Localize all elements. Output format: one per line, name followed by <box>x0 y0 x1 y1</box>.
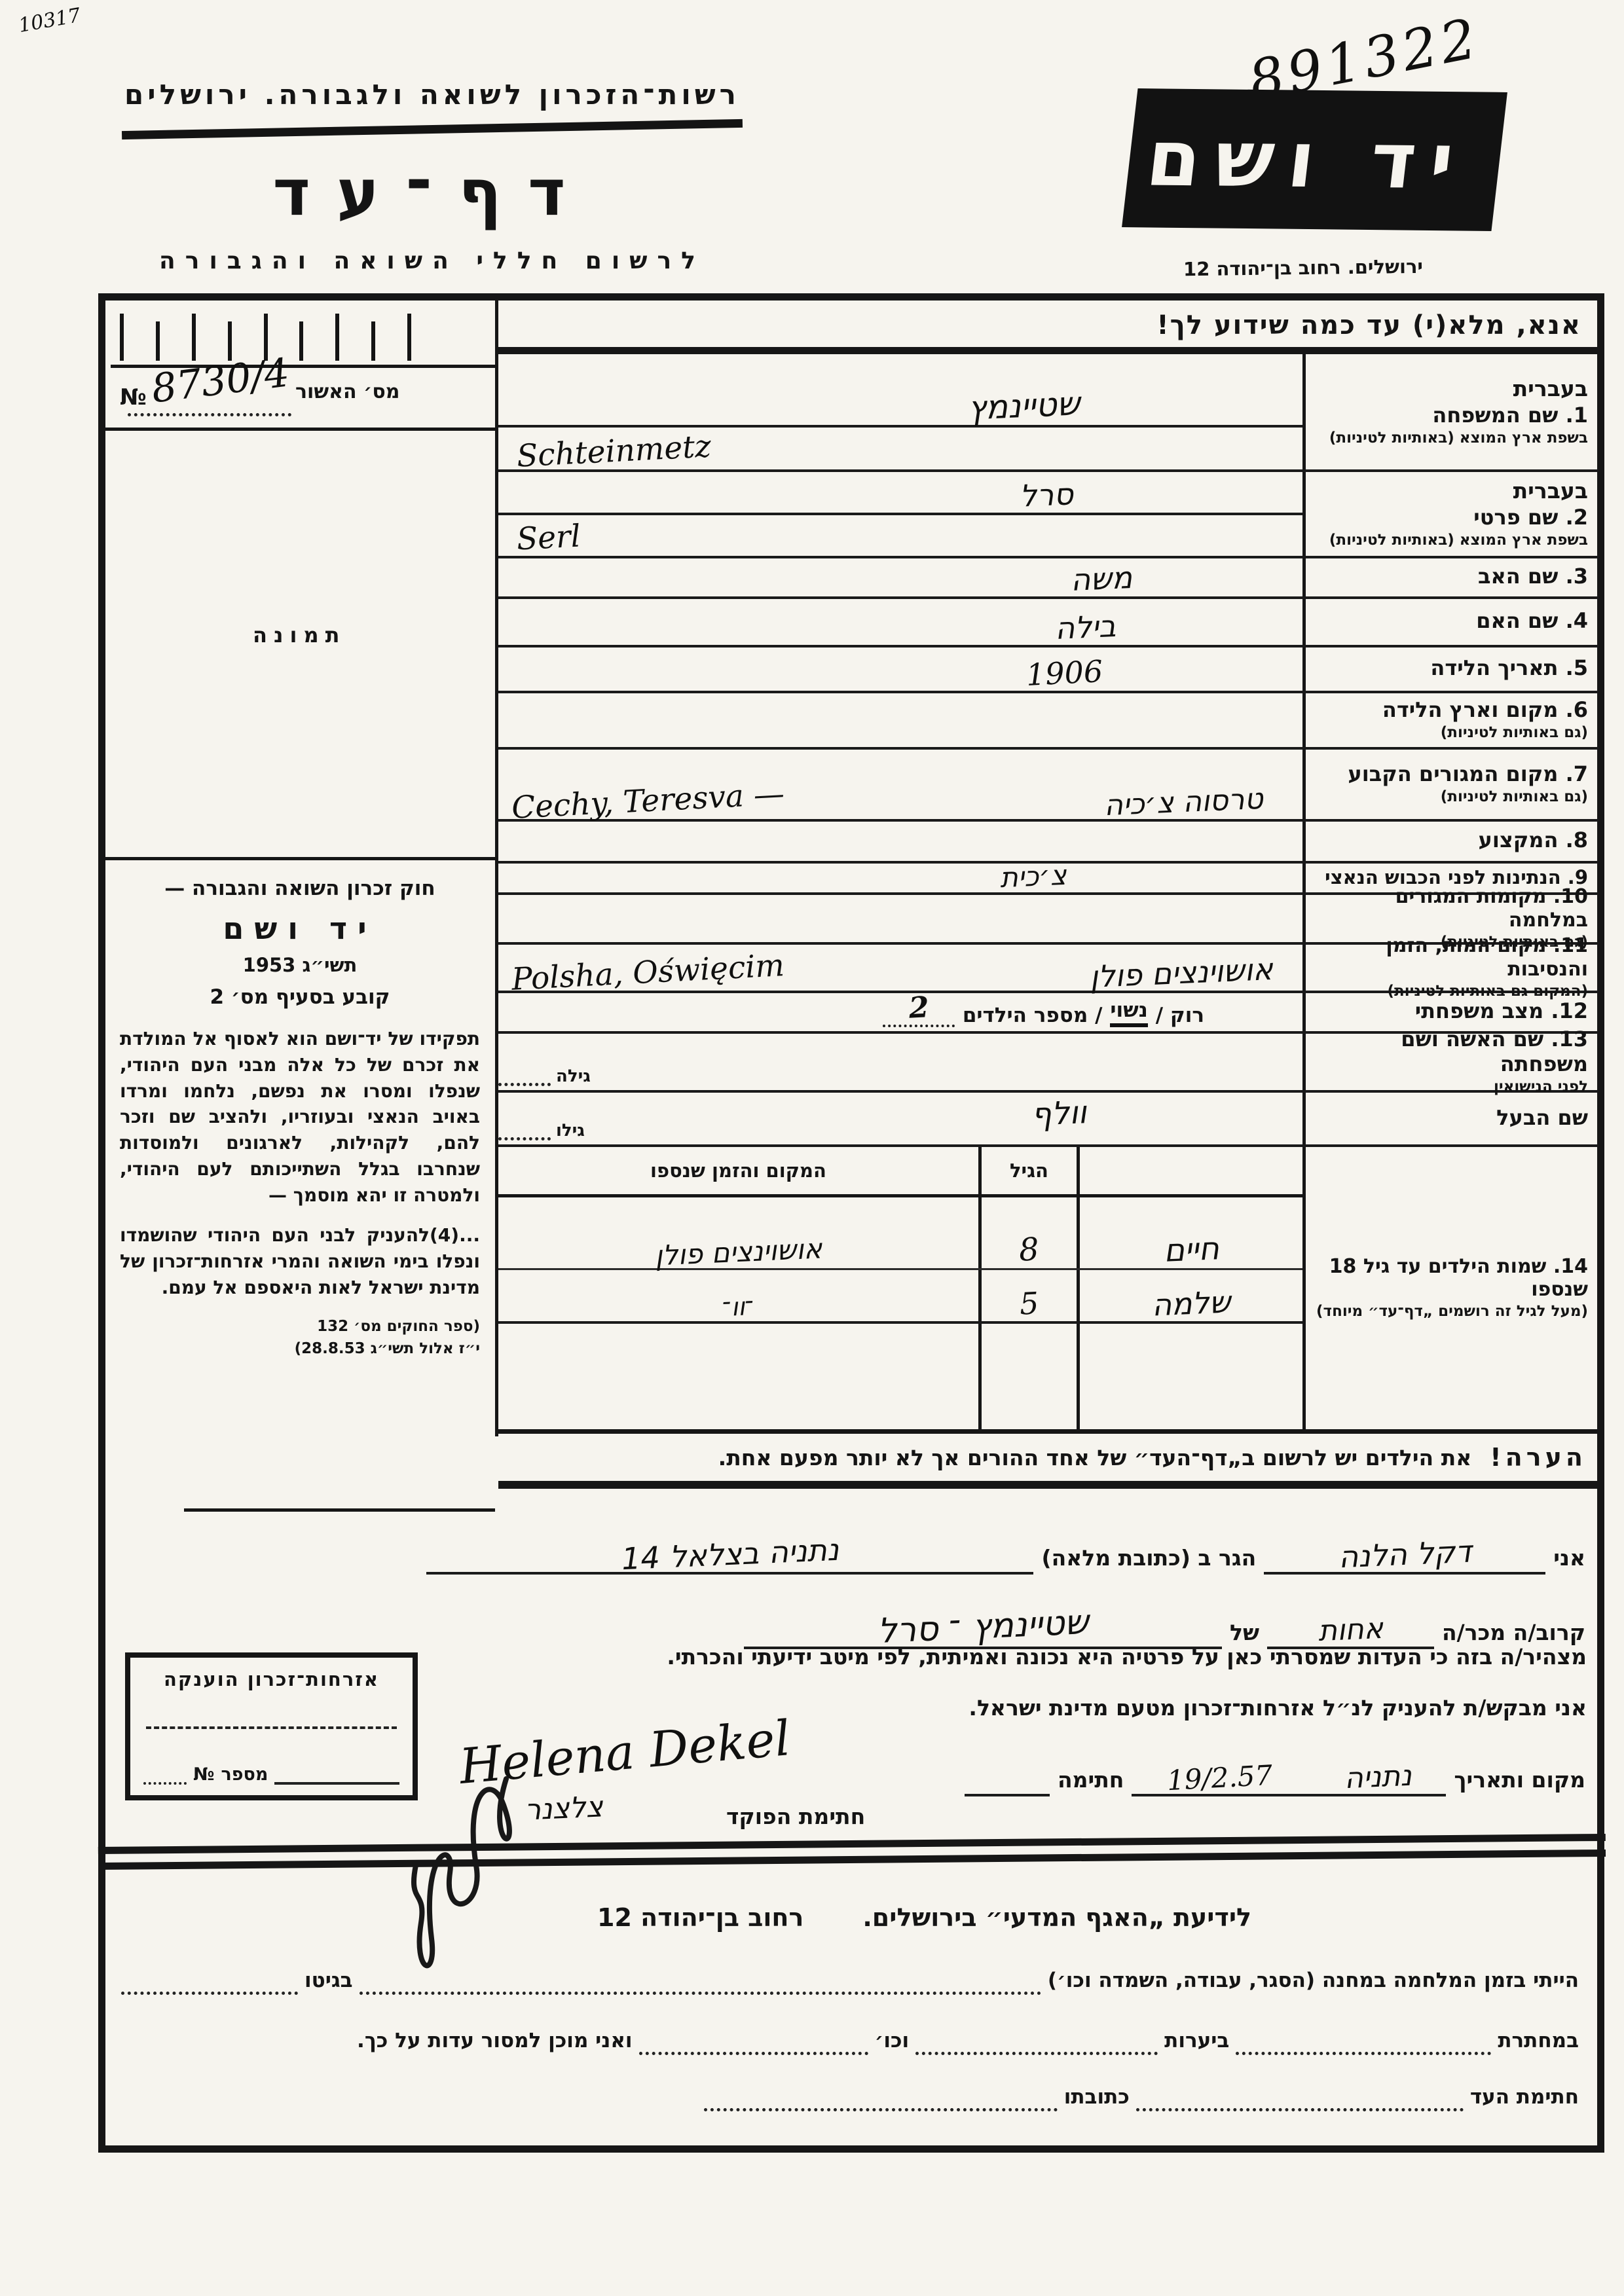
her-age-line: גילה <box>498 1066 1302 1086</box>
request-sentence: אני מבקש/ת להעניק לנ״ל אזרחות־זכרון מטעם… <box>420 1695 1593 1721</box>
label-sub: (גם באותיות לטיניות) <box>1310 724 1588 741</box>
note-text: את הילדים יש לרשום ב„דף־העד״ של אחד ההור… <box>718 1445 1472 1470</box>
field-wife-name: 13. שם האשה ושם משפחתה לפני הנישואין גיל… <box>498 1034 1598 1093</box>
certificate-dotted-line <box>128 413 291 416</box>
law-title: חוק זכרון השואה והגבורה — <box>120 877 480 900</box>
witness-signature-label: חתימת העד <box>1464 2085 1585 2111</box>
field-profession: 8. המקצוע <box>498 822 1598 864</box>
children-table-header: הגיל המקום והזמן שנספו <box>498 1147 1302 1197</box>
label-sub: בשפת ארץ המוצא (באותיות לטיניות) <box>1310 532 1588 549</box>
label-sub: (מעל לגיל זה רושמים „דף־עד״ מיוחד) <box>1310 1303 1588 1320</box>
yad-vashem-logo-text: יד ושם <box>1142 113 1487 206</box>
field-permanent-residence: 7. מקום המגורים הקבוע (גם באותיות לטיניו… <box>498 750 1598 822</box>
daf-ed-testimony-page-scan: 10317 891322 רשות־הזכרון לשואה ולגבורה. … <box>0 0 1624 2296</box>
label-main: 14. שמות הילדים עד גיל 18 שנספו <box>1310 1255 1588 1302</box>
clerk-signature-flourish <box>401 1767 552 1990</box>
citizenship-handwritten: צ׳כית <box>999 859 1067 894</box>
family-name-hebrew-handwritten: שטיינמץ <box>967 384 1081 427</box>
ready-to-testify-label: ואני מוכן למסור עדות על כך. <box>350 2029 639 2055</box>
law-section: קובע בסעיף מס׳ 2 <box>120 985 480 1009</box>
rule <box>105 857 495 860</box>
place-handwritten: נתניה <box>1344 1759 1412 1795</box>
label-main: 13. שם האשה ושם משפחתה <box>1310 1027 1588 1077</box>
law-source: (ספר החוקים מס׳ 132 י״ז אלול תשי״ג 28.8.… <box>120 1315 480 1360</box>
label-main: 11. מקום המות, הזמן והנסיבות <box>1310 934 1588 981</box>
signature-label: חתימה <box>1050 1767 1132 1796</box>
etc-label: וכו׳ <box>868 2029 916 2055</box>
label-hebrew: בעברית <box>1310 376 1588 401</box>
option-children-count: / מספר הילדים <box>963 1004 1103 1027</box>
option-married-underlined: נשוי <box>1110 998 1147 1027</box>
child-row-2: שלמה 5 ־וו־ <box>498 1270 1302 1324</box>
option-single: רוק / <box>1156 1004 1204 1027</box>
child-1-place-handwritten: אושוינצים פולן <box>654 1232 822 1271</box>
label-main: 6. מקום וארץ הלידה <box>1310 698 1588 723</box>
label-main: 1. שם המשפחה <box>1310 403 1588 428</box>
label-main: 12. מצב משפחתי <box>1310 999 1588 1024</box>
child-2-name-handwritten: שלמה <box>1151 1284 1231 1322</box>
relation-handwritten: אחות <box>1318 1612 1384 1648</box>
form-header: רשות־הזכרון לשואה ולגבורה. ירושלים דף־עד… <box>118 79 747 274</box>
law-source-line1: (ספר החוקים מס׳ 132 <box>317 1318 480 1335</box>
label-main: 8. המקצוע <box>1310 828 1588 853</box>
yad-vashem-logo: יד ושם <box>1122 88 1507 231</box>
law-source-line2: י״ז אלול תשי״ג 28.8.53) <box>295 1340 480 1357</box>
label-main: שם הבעל <box>1310 1106 1588 1131</box>
child-row-1: חיים 8 אושוינצים פולן <box>498 1197 1302 1270</box>
children-table: הגיל המקום והזמן שנספו חיים 8 אושוינצים … <box>498 1147 1302 1429</box>
stamp-number-row: מספר № <box>143 1764 399 1785</box>
witness-underground-row: במחתרת ביערות וכו׳ ואני מוכן למסור עדות … <box>121 2029 1585 2055</box>
her-age-label: גילה <box>551 1066 596 1086</box>
declaration-sentence: מצהיר/ה בזה כי העדות שמסרתי כאן על פרטיה… <box>420 1644 1593 1669</box>
field-first-name: בעברית 2. שם פרטי בשפת ארץ המוצא (באותיו… <box>498 472 1598 558</box>
stamp-number-label: מספר <box>221 1764 268 1785</box>
field-mother-name: 4. שם האם בילה <box>498 599 1598 647</box>
law-year: תשי״ג 1953 <box>120 954 480 976</box>
photo-placeholder-label: תמונה <box>253 623 346 647</box>
underground-label: במחתרת <box>1491 2029 1585 2055</box>
separator-double-line <box>98 1834 1606 1878</box>
stamp-number-symbol: № <box>193 1764 214 1785</box>
intro-text: אנא, מלא(י) עד כמה שידוע לך! <box>1156 310 1581 340</box>
label-sub: בשפת ארץ המוצא (באותיות לטיניות) <box>1310 429 1588 446</box>
address-label: הגר ב (כתובת מלאה) <box>1033 1545 1264 1575</box>
fields-column: אנא, מלא(י) עד כמה שידוע לך! בעברית 1. ש… <box>498 301 1598 1489</box>
label-main: 2. שם פרטי <box>1310 505 1588 530</box>
notice-address: רחוב בן־יהודה 12 <box>597 1903 803 1932</box>
label-main: 7. מקום המגורים הקבוע <box>1310 762 1588 787</box>
declarant-name-handwritten: דקל הלנה <box>1338 1534 1472 1575</box>
scientific-branch-notice: לידיעת „האגף המדעי״ בירושלים. רחוב בן־יה… <box>498 1903 1251 1932</box>
law-panel: חוק זכרון השואה והגבורה — יד ושם תשי״ג 1… <box>120 877 480 1360</box>
death-place-latin-handwritten: Polsha, Oświęcim <box>511 947 785 998</box>
label-sub: (גם באותיות לטיניות) <box>1310 788 1588 805</box>
clerk-signature-label: חתימת הפוקד <box>726 1804 865 1829</box>
witness-signature-row: חתימת העד כתובתו <box>121 2085 1585 2111</box>
memorial-citizenship-stamp-box: אזרחות־זכרון הוענקה מספר № <box>125 1652 418 1800</box>
rule <box>184 1508 495 1512</box>
label-main: 10. מקומות המגורים במלחמה <box>1310 885 1588 932</box>
forests-label: ביערות <box>1158 2029 1236 2055</box>
logo-address: ירושלים. רחוב בן־יהודה 12 <box>1107 254 1500 281</box>
relation-line: קרוב/ה מכר/ה אחות של שטיינמץ ־ סרל <box>420 1588 1593 1649</box>
date-handwritten: 19/2.57 <box>1166 1759 1272 1796</box>
corner-number-handwritten: 10317 <box>17 4 83 37</box>
children-count-handwritten: 2 <box>908 991 929 1025</box>
col-age-header: הגיל <box>978 1147 1077 1194</box>
certificate-number-label: מס׳ האשור <box>295 380 413 403</box>
child-2-age-handwritten: 5 <box>1018 1285 1039 1321</box>
first-name-latin-handwritten: Serl <box>516 518 581 557</box>
residence-hebrew-handwritten: טרסוה צ׳כיה <box>1103 782 1264 823</box>
child-1-age-handwritten: 8 <box>1018 1231 1040 1269</box>
stamp-line <box>146 1726 397 1729</box>
certificate-number-symbol: № <box>120 384 147 410</box>
witness-camp-row: הייתי בזמן המלחמה במחנה (הסגר, עבודה, הש… <box>121 1969 1585 1995</box>
witness-address-label: כתובתו <box>1058 2085 1136 2111</box>
note-label: הערה! <box>1490 1443 1587 1472</box>
form-subtitle: לרשום חללי השואה והגבורה <box>118 247 747 274</box>
law-paragraph-1: תפקידו של יד־ושם הוא לאסוף אל המולדת את … <box>120 1026 480 1208</box>
his-age-label: גילו <box>551 1121 590 1140</box>
intro-strip: אנא, מלא(י) עד כמה שידוע לך! <box>498 301 1598 354</box>
field-father-name: 3. שם האב משה <box>498 558 1598 599</box>
birth-date-handwritten: 1906 <box>1025 653 1104 693</box>
field-label: בעברית 2. שם פרטי בשפת ארץ המוצא (באותיו… <box>1302 472 1598 556</box>
col-place-header: המקום והזמן שנספו <box>498 1147 978 1194</box>
declarant-line: אני דקל הלנה הגר ב (כתובת מלאה) נתניה בצ… <box>420 1513 1593 1575</box>
note-row: הערה! את הילדים יש לרשום ב„דף־העד״ של אח… <box>498 1434 1598 1489</box>
father-name-handwritten: משה <box>1070 560 1133 598</box>
stamp-dotted <box>143 1765 187 1785</box>
label-main: 3. שם האב <box>1310 564 1588 589</box>
mother-name-handwritten: בילה <box>1054 608 1116 646</box>
col-names <box>1077 1147 1302 1194</box>
child-row-empty <box>498 1324 1302 1429</box>
form-title: דף־עד <box>118 156 747 230</box>
residence-latin-handwritten: Cechy, Teresva — <box>511 776 785 826</box>
child-2-place-ditto-handwritten: ־וו־ <box>722 1292 755 1322</box>
law-yad-vashem: יד ושם <box>120 911 480 946</box>
death-place-hebrew-handwritten: אושוינצים פולן <box>1089 951 1274 994</box>
stamp-title: אזרחות־זכרון הוענקה <box>143 1668 399 1690</box>
label-main: 5. תאריך הלידה <box>1310 656 1588 681</box>
authority-name: רשות־הזכרון לשואה ולגבורה. ירושלים <box>118 79 747 111</box>
form-body: № 8730/4 מס׳ האשור תמונה חוק זכרון השואה… <box>98 293 1604 2153</box>
family-name-latin-handwritten: Schteinmetz <box>516 428 712 474</box>
first-name-hebrew-handwritten: סרל <box>1019 476 1074 514</box>
law-paragraph-2: ...(4)להעניק לבני העם היהודי שהושמדו ונפ… <box>120 1222 480 1300</box>
label-main: 4. שם האם <box>1310 609 1588 634</box>
field-children: 14. שמות הילדים עד גיל 18 שנספו (מעל לגי… <box>498 1147 1598 1434</box>
field-family-name: בעברית 1. שם המשפחה בשפת ארץ המוצא (באות… <box>498 354 1598 472</box>
place-date-label: מקום ותאריך <box>1446 1767 1593 1796</box>
child-1-name-handwritten: חיים <box>1162 1230 1219 1269</box>
field-husband-name: שם הבעל וולף גילו <box>498 1093 1598 1147</box>
declarant-address-handwritten: נתניה בצלאל 14 <box>621 1532 840 1576</box>
notice-text: לידיעת „האגף המדעי״ בירושלים. <box>862 1903 1251 1932</box>
his-age-line: גילו <box>498 1121 1302 1140</box>
ghetto-label: בגיטו <box>298 1969 360 1995</box>
header-rule <box>122 119 743 139</box>
field-birth-date: 5. תאריך הלידה 1906 <box>498 647 1598 693</box>
field-death-place: 11. מקום המות, הזמן והנסיבות (המקום גם ב… <box>498 945 1598 993</box>
camp-label: הייתי בזמן המלחמה במחנה (הסגר, עבודה, הש… <box>1041 1969 1585 1995</box>
field-birth-place: 6. מקום וארץ הלידה (גם באותיות לטיניות) <box>498 693 1598 750</box>
label-hebrew: בעברית <box>1310 478 1588 503</box>
declarant-i-label: אני <box>1545 1545 1593 1575</box>
rule <box>105 428 495 431</box>
field-label: בעברית 1. שם המשפחה בשפת ארץ המוצא (באות… <box>1302 354 1598 469</box>
stamp-number-line <box>274 1765 399 1785</box>
